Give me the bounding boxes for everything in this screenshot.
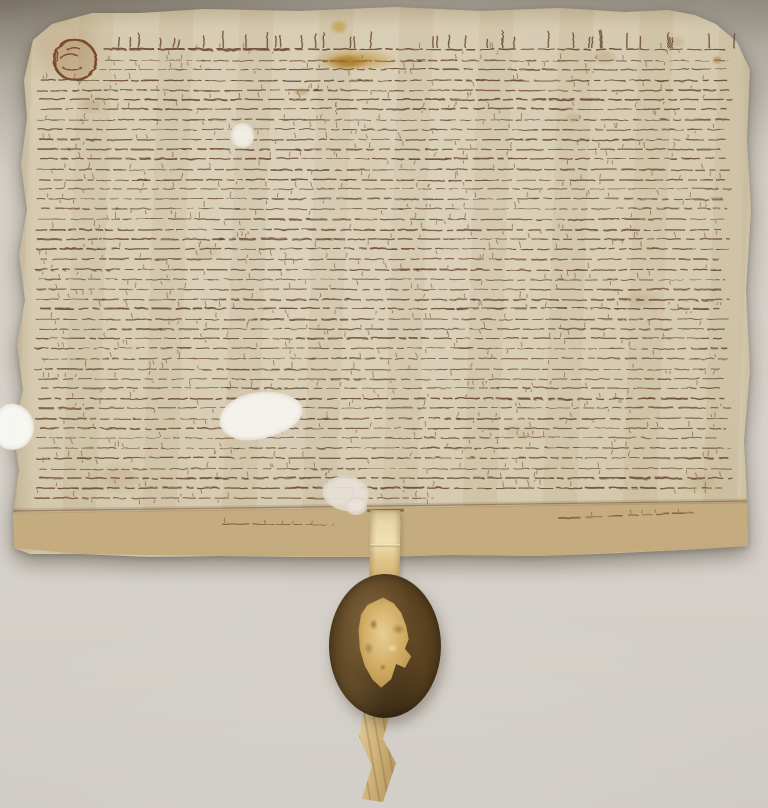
seal-tag-fold	[370, 544, 400, 547]
parchment-edge-top	[0, 0, 768, 28]
wax-seal	[329, 574, 441, 718]
seal-tag	[370, 510, 401, 582]
parchment-edge-left	[0, 0, 34, 808]
seal-damaged-centre	[355, 596, 418, 691]
parchment-edge-right	[728, 0, 768, 808]
photograph-of-charter: Medieval parchment charter densely writt…	[0, 0, 768, 808]
